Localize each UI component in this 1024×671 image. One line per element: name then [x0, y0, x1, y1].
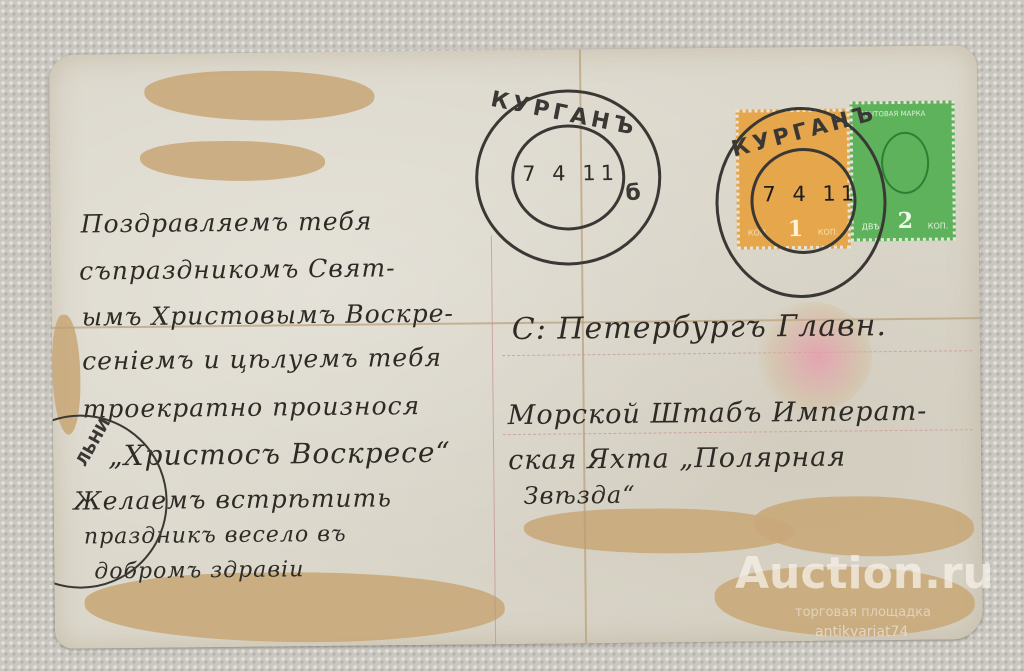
message-line: ымъ Христовымъ Воскре-	[82, 299, 455, 332]
watermark-subtitle: торговая площадка	[795, 605, 931, 620]
message-line: съпраздникомъ Свят-	[79, 253, 396, 285]
watermark-brand: Auction.ru	[735, 548, 994, 599]
peeled-patch	[140, 140, 325, 182]
address-line	[502, 350, 972, 356]
stamp-label: КОП.	[928, 221, 949, 230]
postmark-date: 7 4 11	[762, 181, 859, 206]
postmark-date: 7 4 11	[522, 161, 619, 186]
message-line: сеніемъ и цѣлуемъ тебя	[82, 343, 442, 376]
address: С: Петербургъ Главн. Морской Штабъ Импер…	[49, 45, 977, 55]
center-divider	[491, 235, 496, 645]
address-line: С: Петербургъ Главн.	[512, 308, 887, 347]
coat-of-arms-icon	[881, 132, 930, 194]
postmark-letter: б	[625, 181, 641, 206]
message: Поздравляемъ тебя съпраздникомъ Свят- ым…	[49, 45, 977, 55]
address-line: Морской Штабъ Императ-	[508, 396, 928, 431]
stamp-denomination: 2	[898, 208, 914, 234]
watermark-seller: antikvariat74	[815, 624, 908, 640]
message-line: Поздравляемъ тебя	[81, 206, 373, 238]
peeled-patch	[144, 69, 375, 121]
address-line: ская Яхта „Полярная	[508, 442, 846, 477]
address-line: Звѣзда“	[523, 481, 635, 510]
message-line: троекратно произнося	[82, 391, 420, 424]
